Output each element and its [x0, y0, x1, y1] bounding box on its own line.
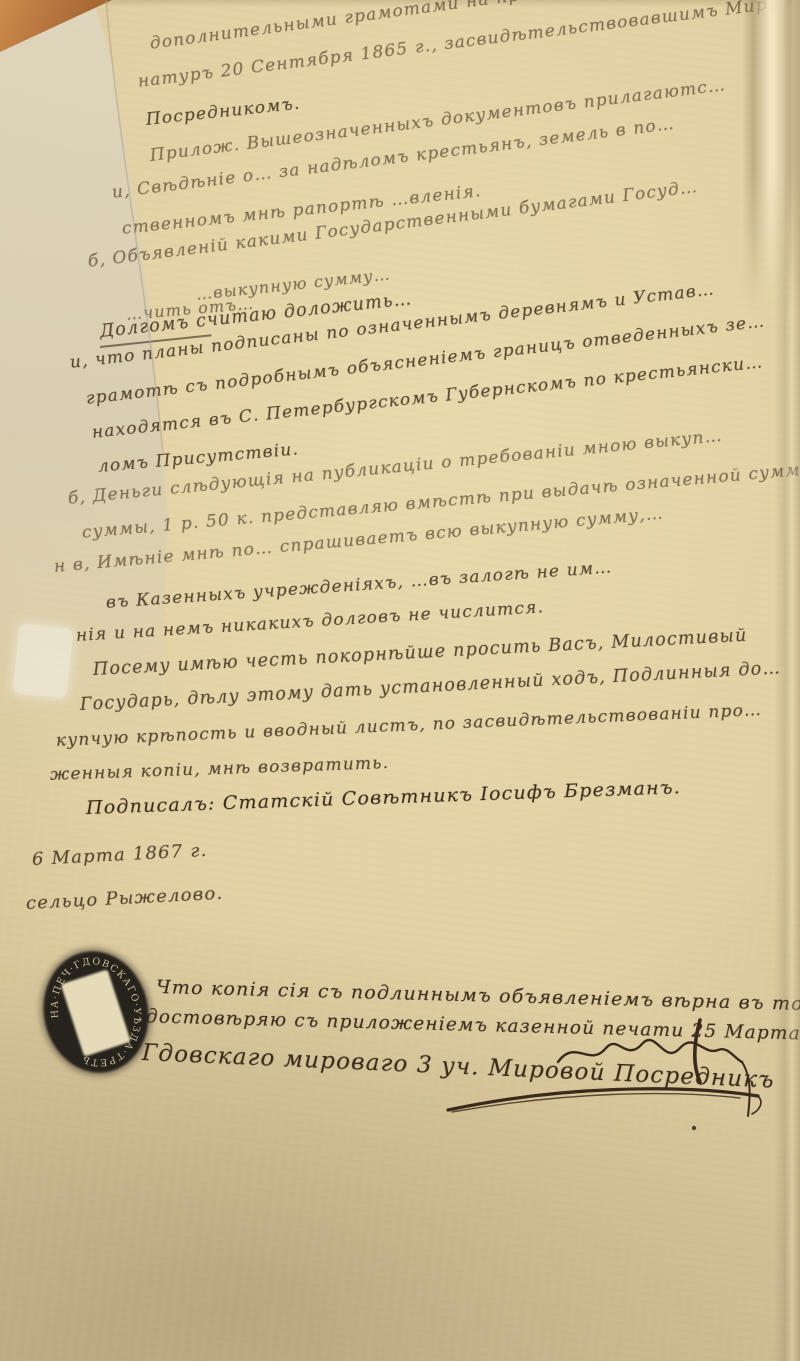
- manuscript-photo: дополнительными грамотами на производств…: [0, 0, 800, 1361]
- page-right-edge: [774, 0, 800, 1361]
- repair-patch: [12, 623, 73, 698]
